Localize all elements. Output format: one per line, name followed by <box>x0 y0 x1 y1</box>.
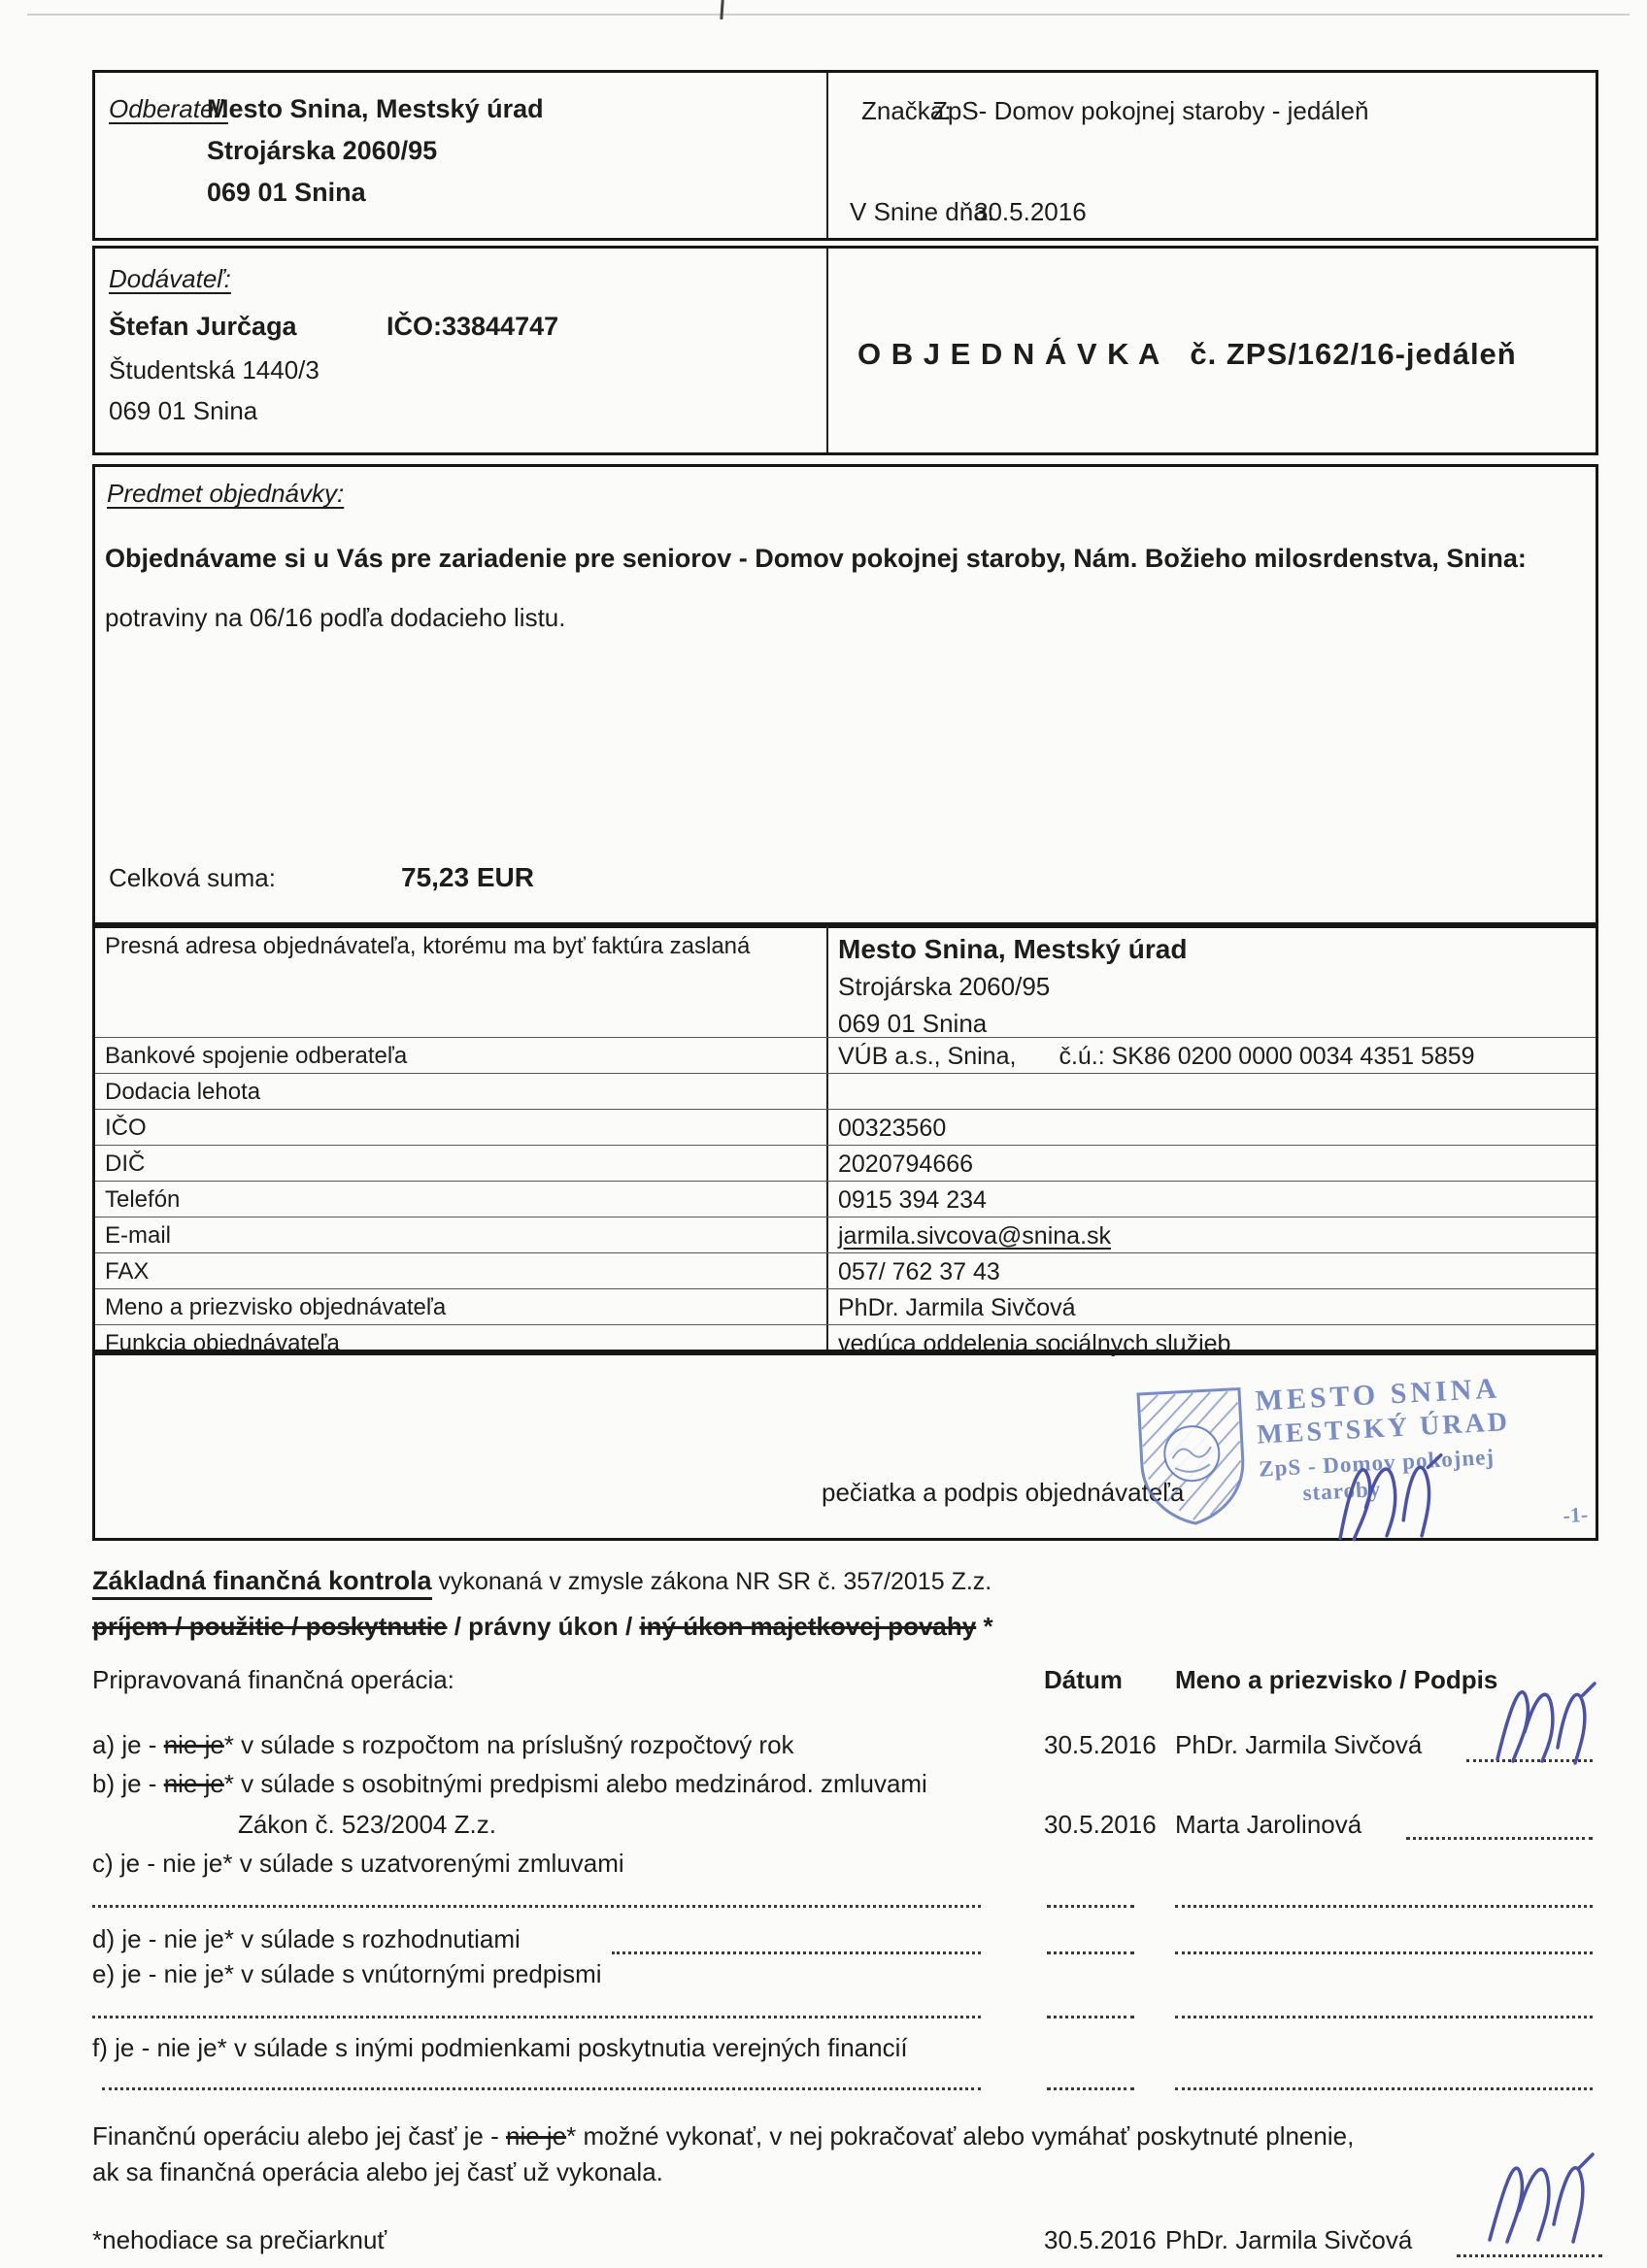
signature-dotline <box>1457 2254 1602 2257</box>
scan-artifact-line <box>27 14 1630 16</box>
check-item-e: e) je - nie je* v súlade s vnútornými pr… <box>92 1959 602 1989</box>
text-segment: * v súlade s osobitnými predpismi alebo … <box>224 1769 927 1798</box>
address-line: Mesto Snina, Mestský úrad <box>838 931 1187 968</box>
footnote: *nehodiace sa prečiarknuť <box>92 2225 387 2255</box>
check-item-d: d) je - nie je* v súlade s rozhodnutiami <box>92 1924 521 1954</box>
stamp-page-mark: -1- <box>1563 1502 1589 1529</box>
order-title: O B J E D N Á V K Ač. ZPS/162/16-jedáleň <box>857 336 1517 372</box>
table-row: Bankové spojenie odberateľa VÚB a.s., Sn… <box>95 1037 1596 1073</box>
column-date: Dátum <box>1044 1665 1123 1695</box>
text-segment: b) je - <box>92 1769 164 1798</box>
municipal-stamp: MESTO SNINA MESTSKÝ ÚRAD ZpS - Domov pok… <box>1130 1365 1596 1558</box>
subject-bold-line: Objednávame si u Vás pre zariadenie pre … <box>105 543 1527 574</box>
customer-line: 069 01 Snina <box>207 172 544 214</box>
signature-final <box>1476 2131 1602 2252</box>
control-heading-line: Základná finančná kontrola vykonaná v zm… <box>92 1565 992 1596</box>
check-item-b: b) je - nie je* v súlade s osobitnými pr… <box>92 1769 927 1799</box>
supplier-ico: IČO:33844747 <box>387 311 558 342</box>
order-title-text: O B J E D N Á V K A <box>857 337 1160 371</box>
customer-line: Strojárska 2060/95 <box>207 130 544 172</box>
check-item-a: a) je - nie je* v súlade s rozpočtom na … <box>92 1730 794 1760</box>
dotted-rule <box>1047 2087 1134 2090</box>
final-date: 30.5.2016 <box>1044 2225 1157 2255</box>
row-value: 0915 394 234 <box>838 1185 987 1215</box>
divider <box>826 73 828 238</box>
text-segment: a) je - <box>92 1730 164 1759</box>
customer-line: Mesto Snina, Mestský úrad <box>207 88 544 130</box>
column-name: Meno a priezvisko / Podpis <box>1175 1665 1497 1695</box>
control-heading: Základná finančná kontrola <box>92 1566 432 1600</box>
bank-name: VÚB a.s., Snina, <box>838 1043 1016 1070</box>
dotted-rule <box>1175 1905 1593 1908</box>
table-row: Meno a priezvisko objednávateľa PhDr. Ja… <box>95 1288 1596 1324</box>
place-date-label: V Snine dňa: <box>850 197 994 227</box>
row-value: 2020794666 <box>838 1150 973 1179</box>
dotted-rule <box>102 2087 981 2090</box>
supplier-header-box: Dodávateľ: Štefan Jurčaga IČO:33844747 Š… <box>92 246 1598 455</box>
check-a-date: 30.5.2016 <box>1044 1730 1157 1760</box>
subject-box: Predmet objednávky: Objednávame si u Vás… <box>92 464 1598 928</box>
total-value: 75,23 EUR <box>401 861 534 894</box>
text-segment: / právny úkon / <box>448 1612 640 1641</box>
struck-text: nie je <box>164 1769 224 1798</box>
dotted-rule <box>1175 2087 1593 2090</box>
row-value: 057/ 762 37 43 <box>838 1257 1000 1286</box>
check-a-name: PhDr. Jarmila Sivčová <box>1175 1730 1422 1760</box>
row-label: E-mail <box>105 1222 171 1251</box>
bank-account: č.ú.: SK86 0200 0000 0034 4351 5859 <box>1059 1043 1474 1070</box>
check-b-law: Zákon č. 523/2004 Z.z. <box>238 1810 496 1840</box>
address-line: Strojárska 2060/95 <box>838 968 1187 1005</box>
supplier-label: Dodávateľ: <box>109 264 231 294</box>
row-value: VÚB a.s., Snina,č.ú.: SK86 0200 0000 003… <box>838 1042 1475 1071</box>
row-label: IČO <box>105 1115 147 1143</box>
dotted-rule <box>92 1905 981 1908</box>
supplier-street: Študentská 1440/3 <box>109 355 319 385</box>
check-item-f: f) je - nie je* v súlade s inými podmien… <box>92 2033 908 2063</box>
customer-header-box: Odberateľ: Mesto Snina, Mestský úrad Str… <box>92 70 1598 241</box>
scanned-order-document: Odberateľ: Mesto Snina, Mestský úrad Str… <box>0 0 1647 2268</box>
row-label: Meno a priezvisko objednávateľa <box>105 1294 446 1322</box>
table-row: Dodacia lehota <box>95 1073 1596 1109</box>
final-name: PhDr. Jarmila Sivčová <box>1165 2225 1412 2255</box>
supplier-name: Štefan Jurčaga <box>109 311 297 342</box>
text-segment: * v súlade s rozpočtom na príslušný rozp… <box>224 1730 794 1759</box>
table-row: Telefón 0915 394 234 <box>95 1181 1596 1217</box>
row-label: Bankové spojenie odberateľa <box>105 1043 407 1071</box>
supplier-city: 069 01 Snina <box>109 396 257 426</box>
check-item-c: c) je - nie je* v súlade s uzatvorenými … <box>92 1849 624 1879</box>
control-type-line: príjem / použitie / poskytnutie / právny… <box>92 1612 993 1642</box>
place-date-value: 30.5.2016 <box>974 197 1087 227</box>
table-row: E-mail jarmila.sivcova@snina.sk <box>95 1217 1596 1252</box>
stamp-caption: pečiatka a podpis objednávateľa <box>822 1478 1184 1508</box>
check-b-date: 30.5.2016 <box>1044 1810 1157 1840</box>
check-b-name: Marta Jarolinová <box>1175 1810 1361 1840</box>
row-label: Dodacia lehota <box>105 1079 260 1107</box>
dotted-rule <box>92 2016 981 2018</box>
closing-line-2: ak sa finančná operácia alebo jej časť u… <box>92 2157 663 2187</box>
closing-line-1: Finančnú operáciu alebo jej časť je - ni… <box>92 2121 1354 2151</box>
scan-artifact-tick <box>720 0 723 19</box>
row-label: Presná adresa objednávateľa, ktorému ma … <box>105 933 750 961</box>
dotted-rule <box>1175 2016 1593 2018</box>
table-row: IČO 00323560 <box>95 1109 1596 1145</box>
struck-text: nie je <box>506 2121 566 2151</box>
subject-label: Predmet objednávky: <box>107 479 344 509</box>
dotted-rule <box>1047 1951 1134 1954</box>
subject-normal-line: potraviny na 06/16 podľa dodacieho listu… <box>105 603 565 633</box>
signature-dotline <box>1406 1837 1593 1840</box>
order-number: č. ZPS/162/16-jedáleň <box>1190 337 1516 371</box>
signature-a <box>1486 1662 1602 1769</box>
row-label: Telefón <box>105 1186 180 1215</box>
row-value: PhDr. Jarmila Sivčová <box>838 1293 1076 1322</box>
row-value: 00323560 <box>838 1114 946 1143</box>
row-label: FAX <box>105 1258 149 1286</box>
table-row: DIČ 2020794666 <box>95 1145 1596 1181</box>
table-row-address: Presná adresa objednávateľa, ktorému ma … <box>95 925 1596 1037</box>
operation-label: Pripravovaná finančná operácia: <box>92 1665 454 1695</box>
row-label: DIČ <box>105 1151 145 1179</box>
text-segment: * <box>976 1612 992 1641</box>
reference-value: ZpS- Domov pokojnej staroby - jedáleň <box>932 96 1368 126</box>
divider <box>826 249 828 452</box>
coat-of-arms-shield-icon <box>1130 1383 1257 1534</box>
control-heading-rest: vykonaná v zmysle zákona NR SR č. 357/20… <box>432 1568 992 1595</box>
dotted-rule <box>1047 1905 1134 1908</box>
dotted-rule <box>1047 2016 1134 2018</box>
total-label: Celková suma: <box>109 863 276 893</box>
dotted-rule <box>612 1951 981 1954</box>
text-segment: * možné vykonať, v nej pokračovať alebo … <box>566 2121 1354 2151</box>
customer-address: Mesto Snina, Mestský úrad Strojárska 206… <box>207 88 544 214</box>
struck-text: iný úkon majetkovej povahy <box>639 1612 976 1641</box>
struck-text: príjem / použitie / poskytnutie <box>92 1612 448 1641</box>
email-value: jarmila.sivcova@snina.sk <box>838 1221 1111 1251</box>
details-table: Presná adresa objednávateľa, ktorému ma … <box>92 922 1598 1352</box>
struck-text: nie je <box>164 1730 224 1759</box>
dotted-rule <box>1175 1951 1593 1954</box>
row-value: Mesto Snina, Mestský úrad Strojárska 206… <box>838 931 1187 1042</box>
signature-on-stamp <box>1317 1425 1468 1550</box>
text-segment: Finančnú operáciu alebo jej časť je - <box>92 2121 506 2151</box>
table-row: FAX 057/ 762 37 43 <box>95 1252 1596 1288</box>
